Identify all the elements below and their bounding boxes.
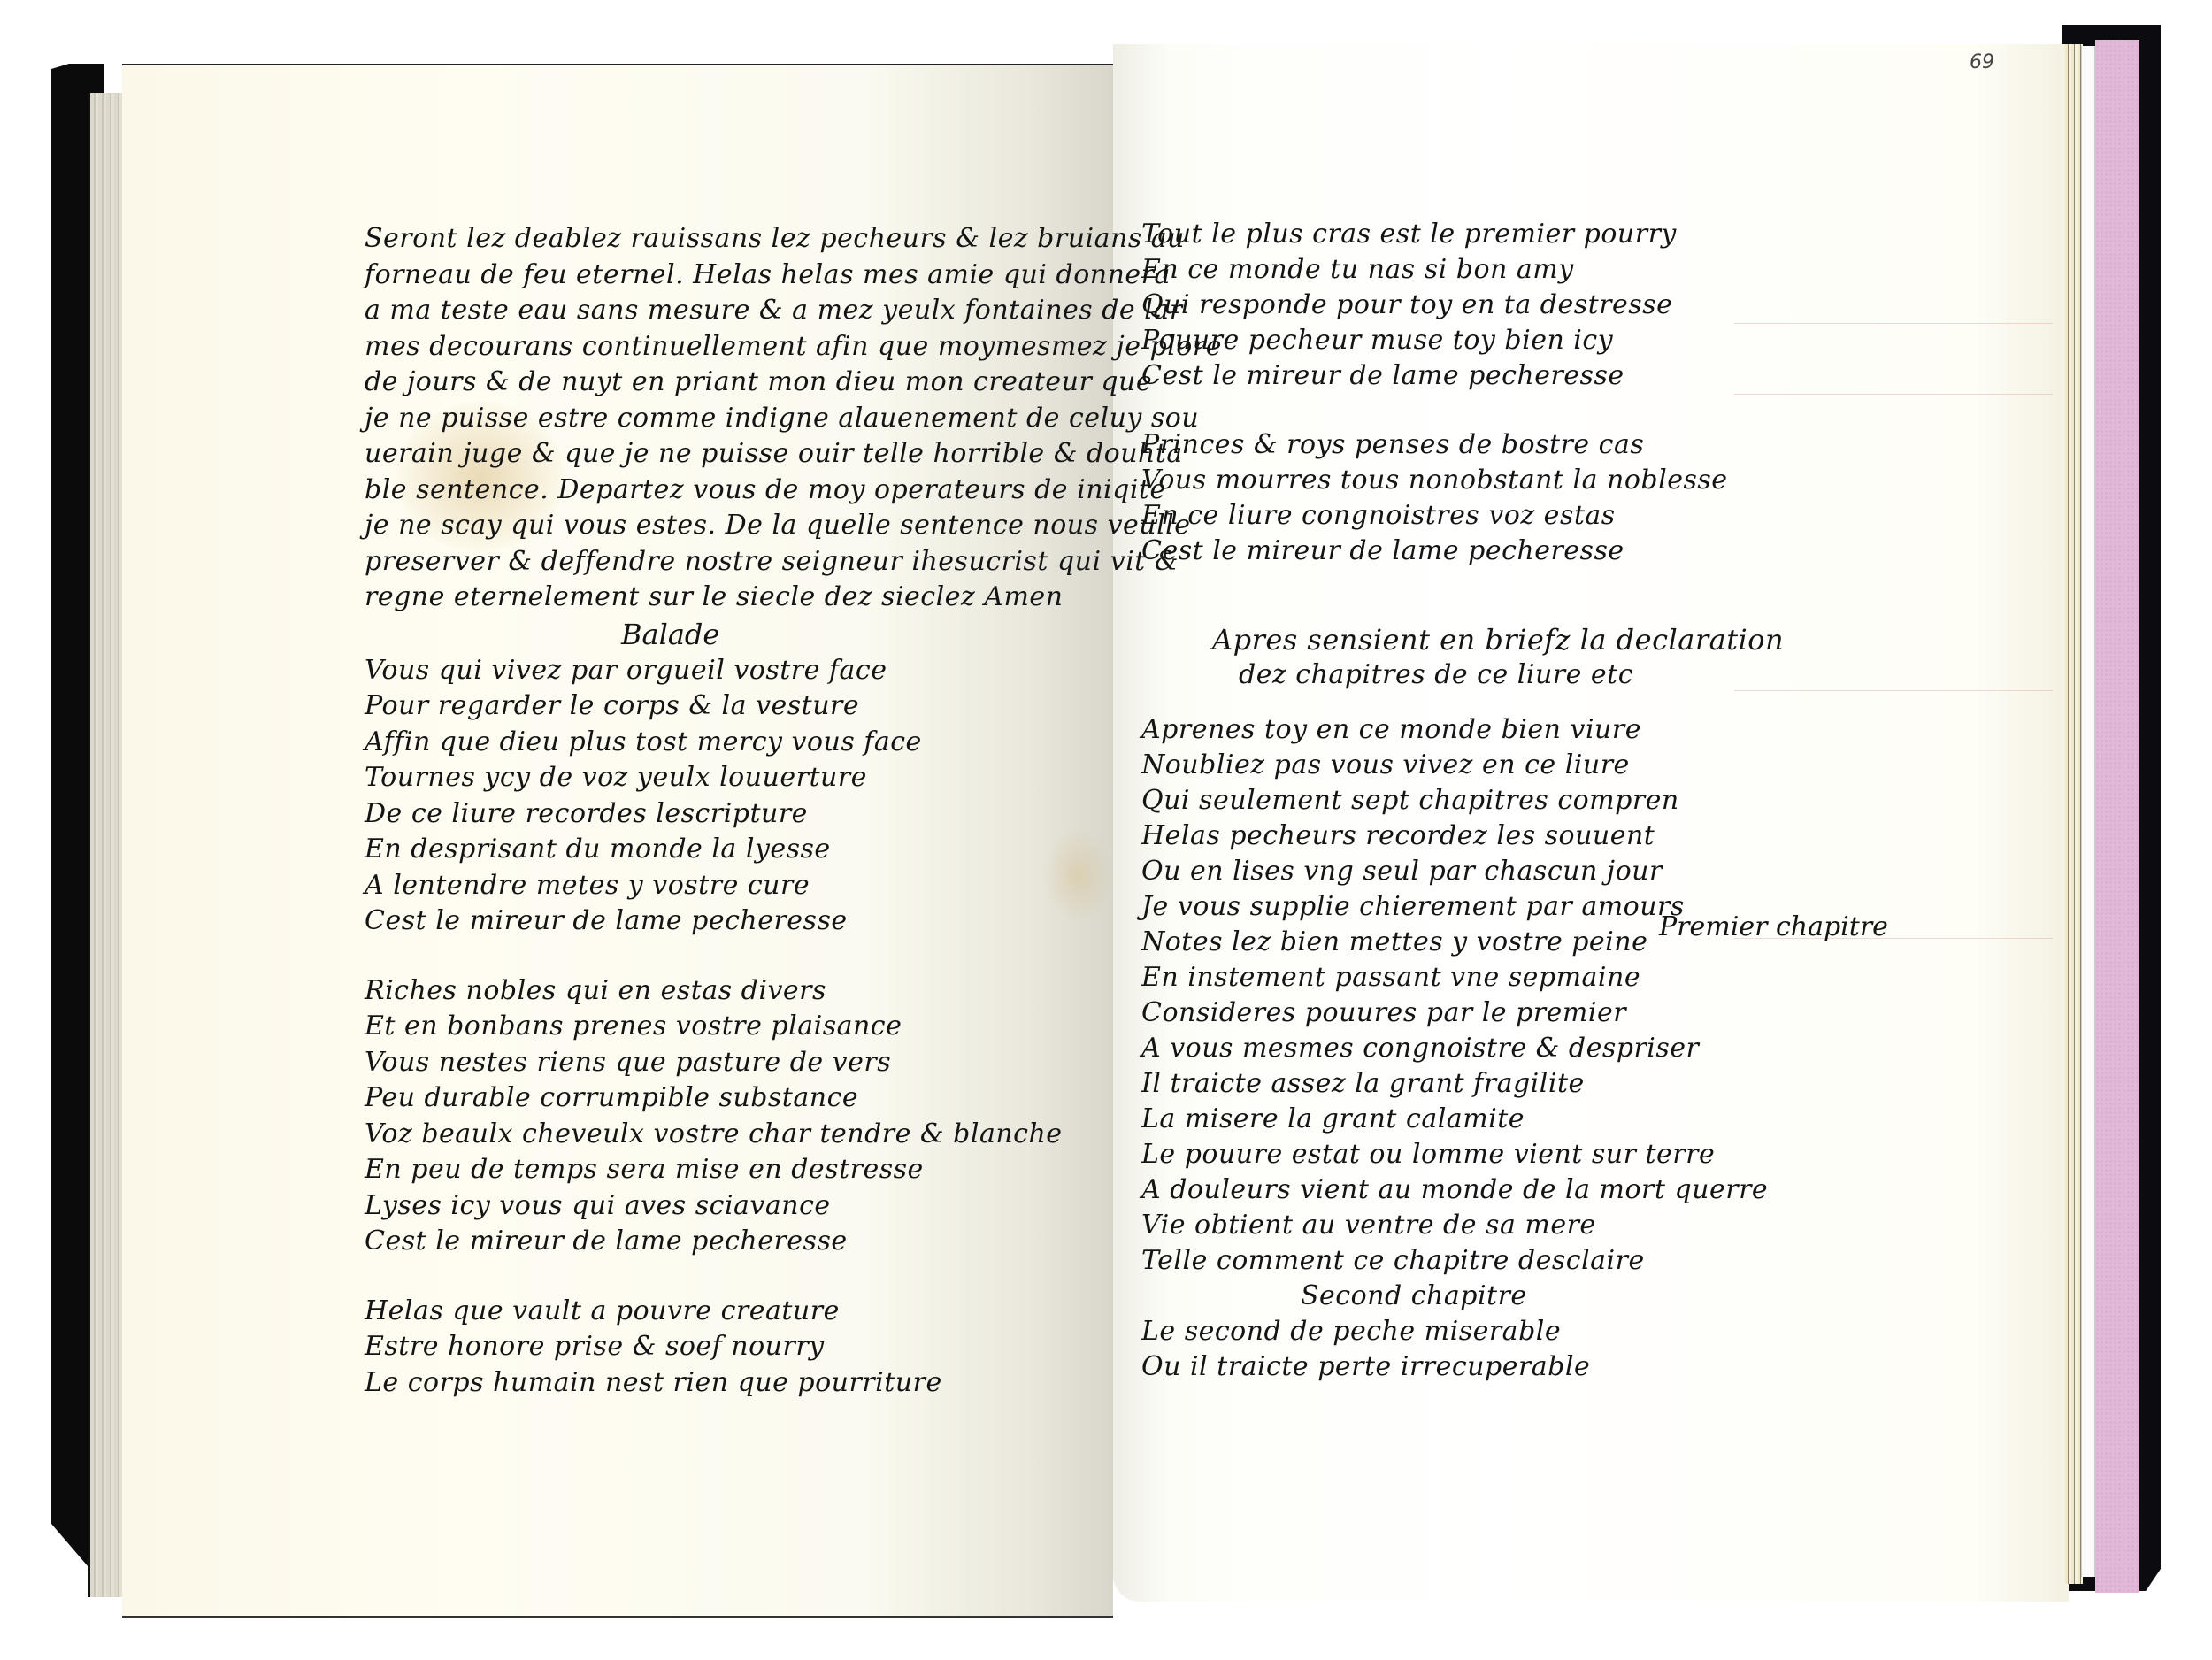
verse-line: Consideres pouures par le premier: [1141, 995, 1784, 1031]
chapter-summary: Aprenes toy en ce monde bien viure Noubl…: [1141, 712, 1784, 1279]
verse-line: Le second de peche miserable: [1141, 1314, 1784, 1349]
verse-line: Noubliez pas vous vivez en ce liure: [1141, 748, 1784, 783]
text-line: de jours & de nuyt en priant mon dieu mo…: [365, 365, 1222, 401]
text-line: uerain juge & que je ne puisse ouir tell…: [365, 436, 1222, 473]
verse-line: En peu de temps sera mise en destresse: [365, 1152, 1222, 1188]
verse-line: Qui seulement sept chapitres compren: [1141, 783, 1784, 818]
verse-line: Princes & roys penses de bostre cas: [1141, 427, 1784, 463]
text-line: mes decourans continuellement afin que m…: [365, 329, 1222, 365]
verse-line: Et en bonbans prenes vostre plaisance: [365, 1009, 1222, 1045]
prose-paragraph: Seront lez deablez rauissans lez pecheur…: [365, 221, 1222, 616]
verse-line: Pour regarder le corps & la vesture: [365, 688, 1222, 725]
verse-line: Affin que dieu plus tost mercy vous face: [365, 725, 1222, 761]
right-page-edges: [2065, 44, 2083, 1584]
verse-line: Cest le mireur de lame pecheresse: [365, 1224, 1222, 1260]
verse-line: Il traicte assez la grant fragilite: [1141, 1066, 1784, 1102]
text-line: a ma teste eau sans mesure & a mez yeulx…: [365, 293, 1222, 329]
verse-line: Ou en lises vng seul par chascun jour: [1141, 854, 1784, 889]
right-page-text: Tout le plus cras est le premier pourry …: [1141, 217, 1784, 1385]
verse-line: Cest le mireur de lame pecheresse: [1141, 534, 1784, 569]
verse-line: Peu durable corrumpible substance: [365, 1080, 1222, 1117]
verse-line: Lyses icy vous qui aves sciavance: [365, 1188, 1222, 1225]
stanza-3: Helas que vault a pouvre creature Estre …: [365, 1294, 1222, 1402]
white-slip: [2081, 46, 2095, 1577]
verse-line: De ce liure recordes lescripture: [365, 796, 1222, 833]
verse-line: Telle comment ce chapitre desclaire: [1141, 1243, 1784, 1279]
verse-line: Vous nestes riens que pasture de vers: [365, 1045, 1222, 1081]
declaration-heading: dez chapitres de ce liure etc: [1239, 657, 1784, 693]
verse-line: La misere la grant calamite: [1141, 1102, 1784, 1137]
verse-line: En ce liure congnoistres voz estas: [1141, 498, 1784, 534]
envoi-stanza: Princes & roys penses de bostre cas Vous…: [1141, 427, 1784, 569]
verse-line: Pouure pecheur muse toy bien icy: [1141, 323, 1784, 358]
verse-line: Voz beaulx cheveulx vostre char tendre &…: [365, 1117, 1222, 1153]
verse-line: Helas pecheurs recordez les souuent: [1141, 818, 1784, 854]
verse-line: Aprenes toy en ce monde bien viure: [1141, 712, 1784, 748]
text-line: regne eternelement sur le siecle dez sie…: [365, 580, 1222, 616]
text-line: Seront lez deablez rauissans lez pecheur…: [365, 221, 1222, 257]
margin-note-premier-chapitre: Premier chapitre: [1659, 911, 1888, 942]
verse-line: En ce monde tu nas si bon amy: [1141, 252, 1784, 288]
declaration-heading: Apres sensient en briefz la declaration: [1212, 622, 1784, 657]
verse-line: Tout le plus cras est le premier pourry: [1141, 217, 1784, 252]
stanza-1: Vous qui vivez par orgueil vostre face P…: [365, 653, 1222, 940]
verse-line: Vie obtient au ventre de sa mere: [1141, 1208, 1784, 1243]
balade-heading: Balade: [621, 616, 1222, 653]
pink-flyleaf: [2095, 40, 2139, 1593]
text-line: je ne puisse estre comme indigne alauene…: [365, 401, 1222, 437]
verse-line: En desprisant du monde la lyesse: [365, 832, 1222, 868]
verse-line: Tournes ycy de voz yeulx louuerture: [365, 760, 1222, 796]
verse-line: Estre honore prise & soef nourry: [365, 1329, 1222, 1365]
manuscript-spread: ⁣⁣⁣⁣⁣ 69 Seront lez deablez rauissans le…: [0, 0, 2212, 1660]
verse-line: Le pouure estat ou lomme vient sur terre: [1141, 1137, 1784, 1172]
verse-line: Vous mourres tous nonobstant la noblesse: [1141, 463, 1784, 498]
verse-line: Riches nobles qui en estas divers: [365, 973, 1222, 1010]
verse-line: Le corps humain nest rien que pourriture: [365, 1365, 1222, 1402]
verse-line: A lentendre metes y vostre cure: [365, 868, 1222, 904]
text-line: forneau de feu eternel. Helas helas mes …: [365, 257, 1222, 294]
text-line: ble sentence. Departez vous de moy opera…: [365, 473, 1222, 509]
stanza-2: Riches nobles qui en estas divers Et en …: [365, 973, 1222, 1260]
verse-line: En instement passant vne sepmaine: [1141, 960, 1784, 995]
second-chapter-heading: Second chapitre: [1301, 1279, 1784, 1314]
verse-line: A vous mesmes congnoistre & despriser: [1141, 1031, 1784, 1066]
folio-number: 69: [1970, 51, 1994, 73]
left-page-text: Seront lez deablez rauissans lez pecheur…: [365, 221, 1222, 1401]
verse-line: Qui responde pour toy en ta destresse: [1141, 288, 1784, 323]
verse-line: Vous qui vivez par orgueil vostre face: [365, 653, 1222, 689]
stanza-4: Tout le plus cras est le premier pourry …: [1141, 217, 1784, 394]
verse-line: Helas que vault a pouvre creature: [365, 1294, 1222, 1330]
verse-line: A douleurs vient au monde de la mort que…: [1141, 1172, 1784, 1208]
verse-line: Cest le mireur de lame pecheresse: [1141, 358, 1784, 394]
verse-line: Cest le mireur de lame pecheresse: [365, 903, 1222, 940]
text-line: je ne scay qui vous estes. De la quelle …: [365, 508, 1222, 544]
verse-line: Ou il traicte perte irrecuperable: [1141, 1349, 1784, 1385]
text-line: preserver & deffendre nostre seigneur ih…: [365, 544, 1222, 580]
